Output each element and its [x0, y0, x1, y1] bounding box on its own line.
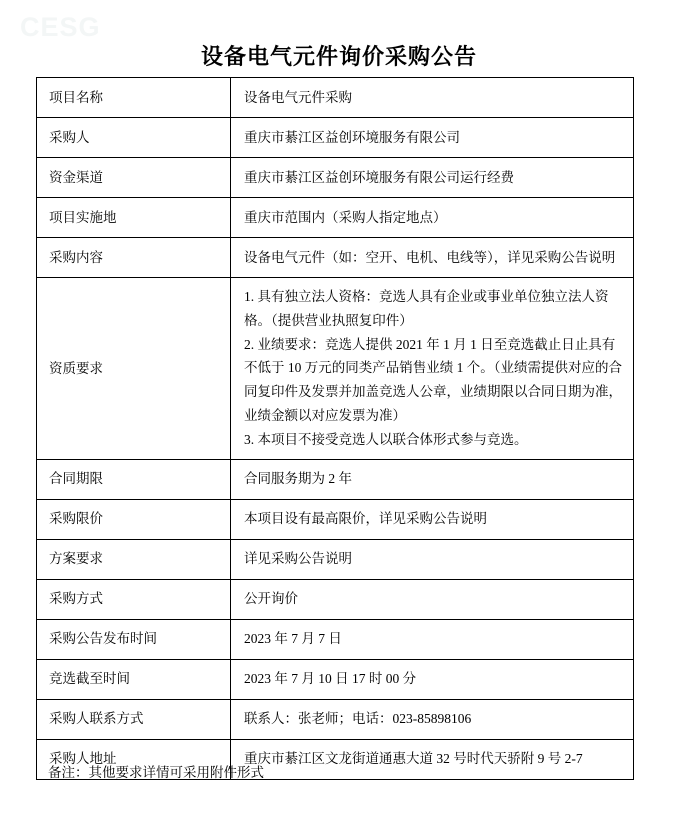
table-row: 采购公告发布时间2023 年 7 月 7 日	[37, 619, 634, 659]
notice-table-body: 项目名称设备电气元件采购采购人重庆市綦江区益创环境服务有限公司资金渠道重庆市綦江…	[37, 78, 634, 780]
table-row: 采购方式公开询价	[37, 579, 634, 619]
table-row: 竞选截至时间2023 年 7 月 10 日 17 时 00 分	[37, 659, 634, 699]
row-label: 合同期限	[37, 459, 231, 499]
table-row: 项目实施地重庆市范围内（采购人指定地点）	[37, 198, 634, 238]
row-value: 联系人：张老师；电话：023-85898106	[231, 699, 634, 739]
table-row: 资质要求1. 具有独立法人资格：竞选人具有企业或事业单位独立法人资格。（提供营业…	[37, 278, 634, 460]
row-value: 设备电气元件采购	[231, 78, 634, 118]
row-value: 重庆市綦江区文龙街道通惠大道 32 号时代天骄附 9 号 2-7	[231, 739, 634, 779]
row-value: 公开询价	[231, 579, 634, 619]
row-value: 2023 年 7 月 7 日	[231, 619, 634, 659]
row-value: 设备电气元件（如：空开、电机、电线等），详见采购公告说明	[231, 238, 634, 278]
page: { "watermark": "CESG", "title": "设备电气元件询…	[0, 0, 678, 825]
table-row: 采购内容设备电气元件（如：空开、电机、电线等），详见采购公告说明	[37, 238, 634, 278]
table-row: 项目名称设备电气元件采购	[37, 78, 634, 118]
row-label: 采购内容	[37, 238, 231, 278]
footer-note: 备注：其他要求详情可采用附件形式	[48, 761, 264, 781]
row-label: 资质要求	[37, 278, 231, 460]
row-value: 本项目设有最高限价，详见采购公告说明	[231, 499, 634, 539]
procurement-notice-table: 项目名称设备电气元件采购采购人重庆市綦江区益创环境服务有限公司资金渠道重庆市綦江…	[36, 77, 634, 780]
row-label: 采购人	[37, 118, 231, 158]
row-value: 1. 具有独立法人资格：竞选人具有企业或事业单位独立法人资格。（提供营业执照复印…	[231, 278, 634, 460]
row-value: 重庆市綦江区益创环境服务有限公司	[231, 118, 634, 158]
row-value: 合同服务期为 2 年	[231, 459, 634, 499]
row-value: 重庆市綦江区益创环境服务有限公司运行经费	[231, 158, 634, 198]
row-label: 竞选截至时间	[37, 659, 231, 699]
row-value: 重庆市范围内（采购人指定地点）	[231, 198, 634, 238]
table-row: 采购人重庆市綦江区益创环境服务有限公司	[37, 118, 634, 158]
table-row: 方案要求详见采购公告说明	[37, 539, 634, 579]
row-value: 2023 年 7 月 10 日 17 时 00 分	[231, 659, 634, 699]
row-label: 采购公告发布时间	[37, 619, 231, 659]
table-row: 采购限价本项目设有最高限价，详见采购公告说明	[37, 499, 634, 539]
cesg-watermark: CESG	[20, 12, 101, 43]
row-label: 资金渠道	[37, 158, 231, 198]
row-label: 采购方式	[37, 579, 231, 619]
table-row: 合同期限合同服务期为 2 年	[37, 459, 634, 499]
row-label: 采购限价	[37, 499, 231, 539]
row-value: 详见采购公告说明	[231, 539, 634, 579]
row-label: 方案要求	[37, 539, 231, 579]
row-label: 项目名称	[37, 78, 231, 118]
table-row: 采购人联系方式联系人：张老师；电话：023-85898106	[37, 699, 634, 739]
row-label: 采购人联系方式	[37, 699, 231, 739]
table-row: 资金渠道重庆市綦江区益创环境服务有限公司运行经费	[37, 158, 634, 198]
page-title: 设备电气元件询价采购公告	[0, 40, 678, 71]
row-label: 项目实施地	[37, 198, 231, 238]
